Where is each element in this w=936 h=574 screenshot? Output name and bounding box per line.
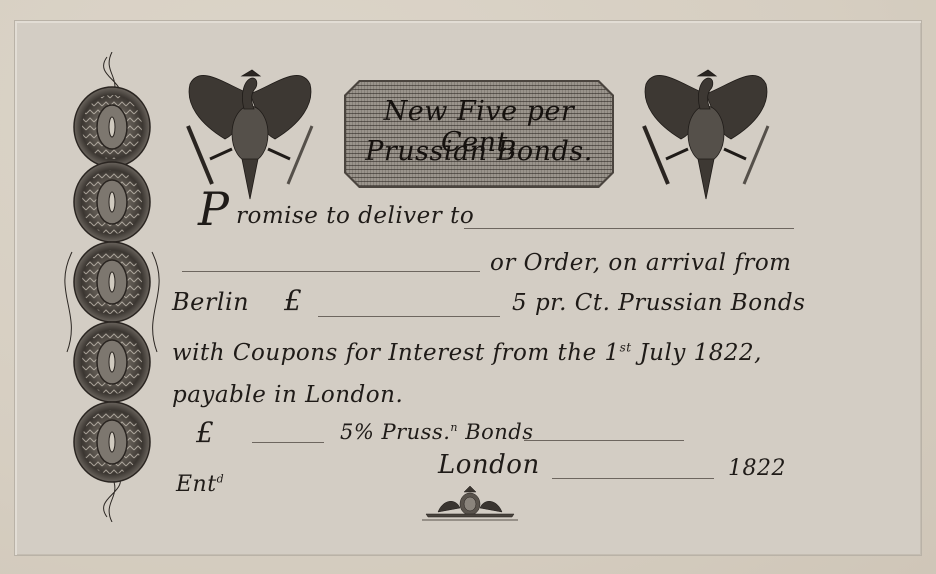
payee-continuation-line [182, 271, 480, 272]
counterfoil-label-main: 5% Pruss. [340, 420, 450, 444]
amount-blank-line [318, 316, 500, 317]
counterfoil-label-sup: n [450, 421, 458, 434]
promise-text: romise to deliver to [236, 203, 474, 229]
payable-text: payable in London. [172, 382, 403, 408]
entered-sup: d [217, 473, 225, 486]
prussian-eagle-right-icon [636, 54, 776, 204]
entered-text: Entd [176, 472, 224, 497]
counterfoil-number-line [524, 440, 684, 441]
counterfoil-label-after: Bonds [458, 420, 534, 444]
title-line-2: Prussian Bonds. [346, 136, 612, 167]
order-text: or Order, on arrival from [490, 250, 792, 276]
pound-sign: £ [284, 284, 302, 317]
counterfoil-bonds-label: 5% Pruss.n Bonds [340, 420, 534, 444]
bonds-text: 5 pr. Ct. Prussian Bonds [512, 290, 805, 316]
counterfoil-pound-sign: £ [196, 416, 214, 449]
entered-main: Ent [176, 472, 217, 497]
berlin-text: Berlin [172, 288, 249, 316]
coupons-text: with Coupons for Interest from the 1st J… [172, 340, 762, 366]
year-text: 1822 [728, 456, 786, 481]
counterfoil-amount-line [252, 442, 324, 443]
title-panel: New Five per Cent, Prussian Bonds. [346, 82, 612, 186]
place-text: London [438, 450, 540, 480]
coat-of-arms-vignette-icon [418, 484, 522, 522]
payee-blank-line [464, 228, 794, 229]
initial-letter: P [198, 186, 229, 232]
guilloche-chain-ornament [62, 52, 162, 522]
coupons-text-main: with Coupons for Interest from the 1 [172, 340, 620, 366]
coupons-text-after: July 1822, [632, 340, 762, 366]
date-blank-line [552, 478, 714, 479]
coupons-text-sup: st [620, 340, 632, 354]
